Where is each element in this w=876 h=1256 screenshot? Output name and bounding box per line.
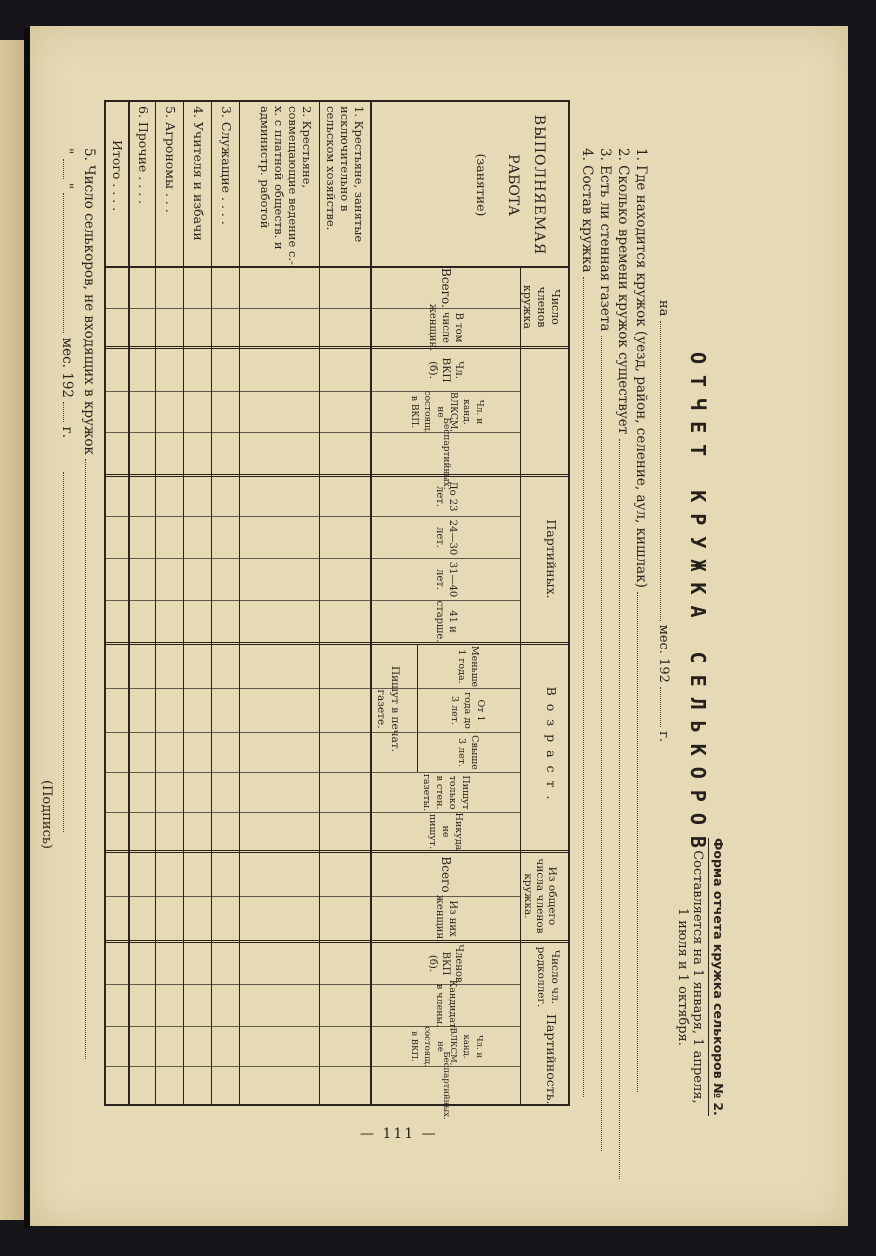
form-note-line2: 1 июля и 1 октября. bbox=[675, 838, 690, 1116]
document-page: ОТЧЕТ КРУЖКА СЕЛЬКОРОВ на мес. 192 г. Фо… bbox=[30, 26, 848, 1226]
col-wall-only: Пишут только в стен. газеты. bbox=[374, 773, 518, 812]
col-age-24-30: 24—30 лет. bbox=[374, 517, 518, 558]
row-label-agronomists: 5. Агрономы . . . bbox=[163, 106, 177, 213]
row-rule bbox=[183, 100, 184, 1106]
period-month: мес. 192 bbox=[656, 625, 671, 683]
date-month-blank[interactable] bbox=[63, 193, 76, 333]
col-editorial-total: Всего bbox=[374, 853, 518, 896]
corner-header: ВЫПОЛНЯЕМАЯ РАБОТА (занятие) bbox=[474, 110, 546, 260]
row-label-employees: 3. Служащие . . . . bbox=[219, 106, 233, 225]
table-top-rule bbox=[568, 100, 570, 1106]
answer-1-blank[interactable] bbox=[637, 592, 650, 1092]
group-divider-5 bbox=[104, 940, 570, 941]
question-3: 3. Есть ли стенная газета bbox=[596, 148, 614, 1179]
table-left-rule bbox=[104, 100, 570, 102]
group-divider-2 bbox=[104, 474, 570, 475]
row-label-total: Итого . . . . bbox=[110, 140, 124, 211]
table-right-rule bbox=[104, 1104, 570, 1106]
table-bottom-rule bbox=[104, 100, 106, 1106]
group-label-from-total: Из общего числа членов кружка. bbox=[522, 852, 558, 940]
answer-3-blank[interactable] bbox=[601, 336, 614, 1151]
period-prefix: на bbox=[656, 300, 671, 316]
group-label-members: Число членов кружка bbox=[520, 272, 562, 342]
page-title: ОТЧЕТ КРУЖКА СЕЛЬКОРОВ bbox=[686, 352, 710, 859]
print-subgroup-rule bbox=[417, 644, 418, 772]
col-vkp: Чл. ВКП (б). bbox=[374, 349, 518, 391]
col-members-women: В том числе женщин. bbox=[374, 309, 518, 346]
question-2: 2. Сколько времени кружок существует bbox=[614, 148, 632, 1179]
form-note-line1: Составляется на 1 января, 1 апреля, bbox=[690, 838, 705, 1116]
rotated-content: ОТЧЕТ КРУЖКА СЕЛЬКОРОВ на мес. 192 г. Фо… bbox=[0, 0, 876, 1256]
col-nowhere: Никуда не пишут. bbox=[374, 813, 518, 850]
group-divider-4 bbox=[104, 850, 570, 851]
col-editorial-women: Из них женщин. bbox=[374, 897, 518, 940]
col-print-gt3: Свыше 3 лет. bbox=[418, 733, 518, 772]
col-nonparty: Беспартийных. bbox=[374, 433, 518, 474]
answer-4-blank[interactable] bbox=[583, 277, 596, 1097]
row-rule bbox=[239, 100, 240, 1106]
col-p-vkp: Членов ВКП (б). bbox=[374, 943, 518, 984]
signature-blank[interactable] bbox=[63, 472, 76, 832]
col-age-under23: До 23 лет. bbox=[374, 477, 518, 516]
group-divider-1 bbox=[104, 346, 570, 347]
answer-5-blank[interactable] bbox=[85, 459, 98, 1059]
header-body-divider bbox=[370, 100, 372, 1106]
col-age-31-40: 31—40 лет. bbox=[374, 559, 518, 600]
row-label-peasants-combined: 2. Крестьяне, совмещающие ведение с.-х. … bbox=[258, 106, 314, 266]
col-p-nonparty: Беспартийных. bbox=[374, 1067, 518, 1104]
report-period: на мес. 192 г. bbox=[656, 300, 673, 742]
question-5: 5. Число селькоров, не входящих в кружок bbox=[80, 148, 98, 1059]
col-members-total: Всего. bbox=[374, 268, 518, 308]
signature-label: (Подпись) bbox=[39, 780, 54, 849]
date-year-blank[interactable] bbox=[63, 402, 76, 422]
group-label-band bbox=[520, 268, 521, 1104]
subgroup-print-label: Пишут в печат. газете. bbox=[374, 646, 402, 772]
row-label-peasants: 1. Крестьяне, занятые исключительно в се… bbox=[324, 106, 366, 266]
group-label-age: Возраст. bbox=[544, 644, 558, 850]
period-year: г. bbox=[656, 731, 671, 742]
col-age-41plus: 41 и старше. bbox=[374, 601, 518, 642]
question-4: 4. Состав кружка bbox=[578, 148, 596, 1179]
form-title: Форма отчета кружка селькоров № 2. bbox=[708, 838, 726, 1116]
row-label-other: 6. Прочие . . . . bbox=[136, 106, 150, 204]
period-year-blank[interactable] bbox=[660, 687, 673, 727]
page-number: — 111 — bbox=[360, 1126, 438, 1142]
date-line: " " мес. 192 г. bbox=[58, 148, 76, 832]
row-rule bbox=[211, 100, 212, 1106]
row-label-teachers: 4. Учителя и избачи bbox=[191, 106, 205, 241]
form-note: Форма отчета кружка селькоров № 2. Соста… bbox=[675, 838, 726, 1116]
group-label-editorial: Число чл. редколлег. bbox=[534, 942, 562, 1012]
row-rule bbox=[129, 100, 131, 1106]
group-divider-3 bbox=[104, 642, 570, 643]
col-print-lt1: Меньше 1 года. bbox=[418, 645, 518, 688]
row-rule bbox=[155, 100, 156, 1106]
question-1: 1. Где находится кружок (уезд, район, се… bbox=[632, 148, 650, 1179]
questions: 1. Где находится кружок (уезд, район, се… bbox=[578, 148, 650, 1179]
period-date-blank[interactable] bbox=[660, 321, 673, 621]
col-print-1to3: От 1 года до 3 лет. bbox=[418, 689, 518, 732]
group-label-partiinost: Партийность. bbox=[544, 1014, 558, 1104]
row-rule bbox=[319, 100, 320, 1106]
date-day-blank[interactable] bbox=[63, 159, 76, 179]
answer-2-blank[interactable] bbox=[619, 439, 632, 1179]
col-p-candidates: Кандидат. в члены. bbox=[374, 985, 518, 1026]
group-label-party: Партийных. bbox=[544, 476, 558, 642]
